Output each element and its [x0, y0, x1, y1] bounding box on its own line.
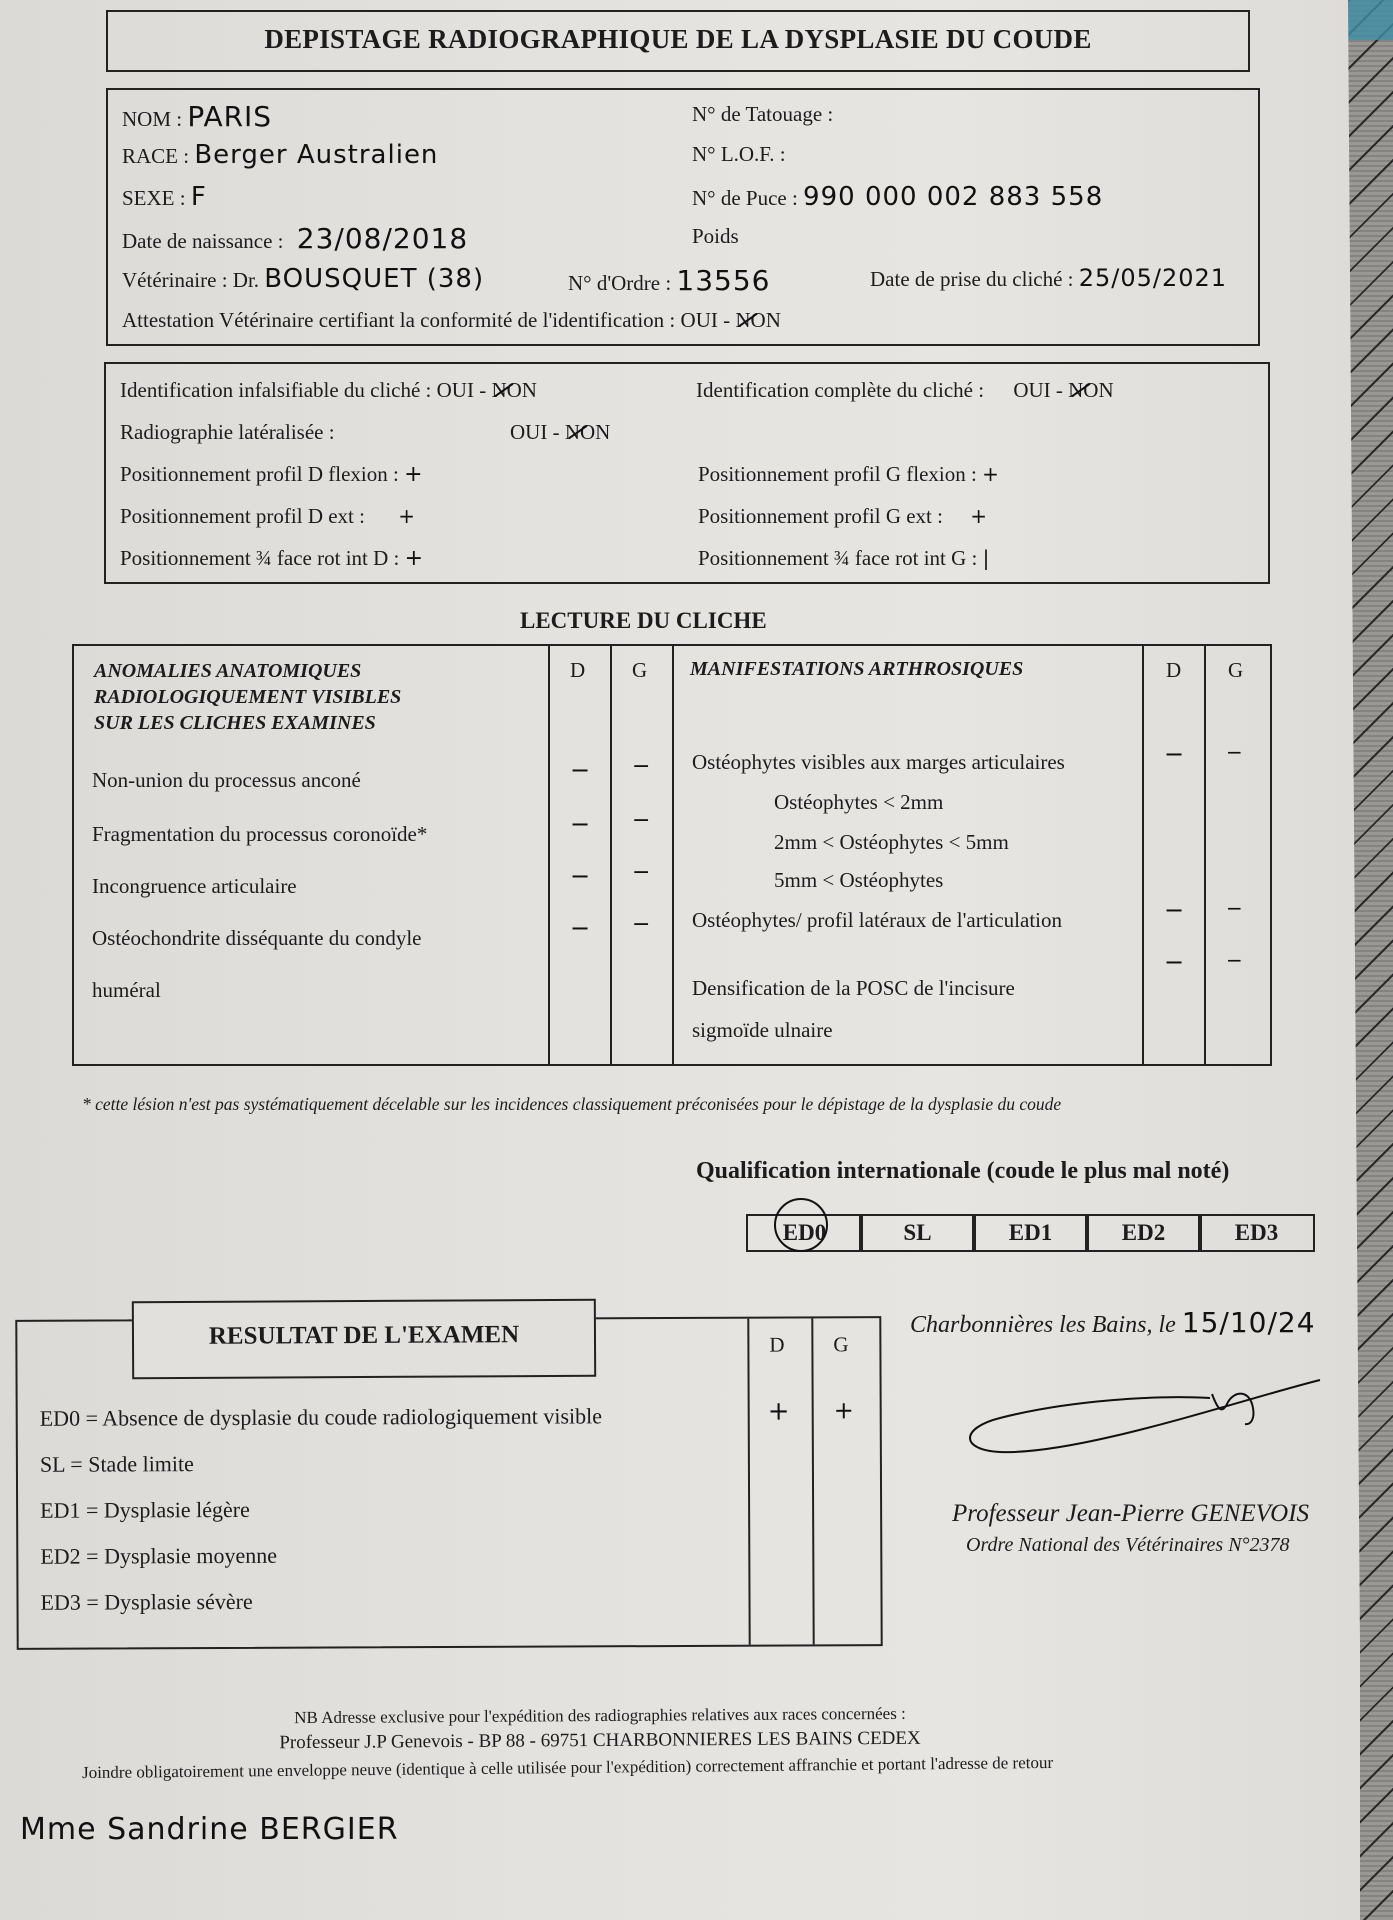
arthrose-label: Ostéophytes/ profil latéraux de l'articu… [692, 908, 1062, 933]
identification-section: Identification infalsifiable du cliché :… [104, 362, 1270, 584]
page-title: DEPISTAGE RADIOGRAPHIQUE DE LA DYSPLASIE… [108, 24, 1248, 55]
sexe-value: F [191, 182, 207, 212]
nom-value: PARIS [187, 100, 272, 133]
attestation-field: Attestation Vétérinaire certifiant la co… [122, 308, 781, 333]
form-sheet: DEPISTAGE RADIOGRAPHIQUE DE LA DYSPLASIE… [0, 0, 1360, 1920]
complete-field: Identification complète du cliché : OUI … [696, 378, 1114, 403]
selected-grade-circle [774, 1198, 828, 1252]
anomaly-d-mark: − [570, 914, 591, 942]
puce-value: 990 000 002 883 558 [803, 182, 1103, 212]
signature-scribble [960, 1360, 1330, 1470]
race-field: RACE : Berger Australien [122, 140, 438, 170]
qualification-grades: ED0SLED1ED2ED3 [746, 1214, 1312, 1250]
complete-non: NON [1068, 378, 1114, 403]
anomaly-g-mark: − [632, 754, 651, 779]
anomaly-d-mark: − [570, 810, 591, 838]
resultat-label: ED1 = Dysplasie légère [40, 1497, 250, 1524]
footer-line-2: Professeur J.P Genevois - BP 88 - 69751 … [0, 1726, 1200, 1756]
arthrose-label: Ostéophytes visibles aux marges articula… [692, 750, 1065, 775]
veterinaire-value: BOUSQUET (38) [264, 264, 484, 294]
resultat-title: RESULTAT DE L'EXAMEN [134, 1321, 594, 1351]
anomalies-header: ANOMALIES ANATOMIQUES RADIOLOGIQUEMENT V… [94, 658, 401, 736]
resultat-label: SL = Stade limite [40, 1451, 194, 1478]
arthrose-header: MANIFESTATIONS ARTHROSIQUES [690, 658, 1023, 681]
cliche-date-value: 25/05/2021 [1079, 264, 1227, 292]
race-value: Berger Australien [194, 140, 438, 170]
lecture-title: LECTURE DU CLICHE [520, 608, 767, 634]
grade-ed2: ED2 [1085, 1214, 1202, 1252]
poids-field: Poids [692, 224, 739, 249]
anomaly-g-mark: − [632, 912, 651, 937]
owner-handwritten: Mme Sandrine BERGIER [20, 1812, 399, 1847]
resultat-col-g: G [833, 1332, 848, 1357]
lecture-table: D G D G ANOMALIES ANATOMIQUES RADIOLOGIQ… [72, 644, 1272, 1066]
infalsifiable-field: Identification infalsifiable du cliché :… [120, 378, 537, 403]
grade-ed3: ED3 [1198, 1214, 1315, 1252]
arthrose-d-mark: − [1164, 896, 1185, 924]
arthrose-d-mark: − [1164, 948, 1185, 976]
resultat-label: ED2 = Dysplasie moyenne [40, 1543, 277, 1570]
resultat-g-mark: + [834, 1396, 855, 1424]
anomaly-g-mark: − [632, 860, 651, 885]
lateralisee-field: Radiographie latéralisée : OUI - NON [120, 420, 335, 445]
anomaly-label: Fragmentation du processus coronoïde* [92, 822, 427, 847]
nom-field: NOM : PARIS [122, 100, 272, 133]
signature-date: 15/10/24 [1182, 1306, 1316, 1339]
anomaly-label: Incongruence articulaire [92, 874, 297, 899]
resultat-label: ED3 = Dysplasie sévère [40, 1589, 252, 1616]
arthrose-col-g: G [1228, 658, 1243, 683]
grade-ed1: ED1 [972, 1214, 1089, 1252]
attestation-non: NON [735, 308, 781, 333]
anomaly-g-mark: − [632, 808, 651, 833]
naissance-field: Date de naissance : 23/08/2018 [122, 222, 468, 255]
lof-field: N° L.O.F. : [692, 142, 786, 167]
tatouage-field: N° de Tatouage : [692, 102, 833, 127]
anomaly-label: Non-union du processus anconé [92, 768, 361, 793]
veterinaire-field: Vétérinaire : Dr. BOUSQUET (38) [122, 264, 484, 294]
arthrose-g-mark: − [1226, 740, 1244, 764]
puce-field: N° de Puce : 990 000 002 883 558 [692, 182, 1103, 212]
signature-order: Ordre National des Vétérinaires N°2378 [966, 1534, 1290, 1557]
anomaly-label: Ostéochondrite disséquante du condyle [92, 926, 422, 951]
arthrose-col-d: D [1166, 658, 1181, 683]
cliche-date-field: Date de prise du cliché : 25/05/2021 [870, 264, 1227, 292]
sexe-field: SEXE : F [122, 182, 207, 212]
identity-section: NOM : PARIS RACE : Berger Australien SEX… [106, 88, 1260, 346]
signature-name: Professeur Jean-Pierre GENEVOIS [952, 1500, 1309, 1528]
arthrose-label: sigmoïde ulnaire [692, 1018, 833, 1043]
ordre-field: N° d'Ordre : 13556 [568, 264, 770, 297]
footer-line-1: NB Adresse exclusive pour l'expédition d… [0, 1702, 1200, 1730]
anomalies-col-d: D [570, 658, 585, 683]
arthrose-label: Ostéophytes < 2mm [774, 790, 943, 815]
resultat-d-mark: + [768, 1397, 791, 1427]
position-g-flexion: Positionnement profil G flexion : + [698, 462, 1000, 487]
position-d-ext: Positionnement profil D ext : + [120, 504, 416, 529]
footnote: * cette lésion n'est pas systématiquemen… [82, 1094, 1061, 1115]
infalsifiable-non: NON [491, 378, 537, 403]
anomaly-label: huméral [92, 978, 161, 1003]
footer-line-3: Joindre obligatoirement une enveloppe ne… [82, 1753, 1053, 1783]
qualification-title: Qualification internationale (coude le p… [696, 1158, 1229, 1185]
anomaly-d-mark: − [570, 862, 591, 890]
anomaly-d-mark: − [570, 756, 591, 784]
attestation-oui: OUI [681, 308, 718, 332]
position-g-ext: Positionnement profil G ext : + [698, 504, 988, 529]
anomalies-col-g: G [632, 658, 647, 683]
position-g-rot: Positionnement ¾ face rot int G : | [698, 546, 990, 571]
resultat-title-box: RESULTAT DE L'EXAMEN [132, 1299, 596, 1379]
title-box: DEPISTAGE RADIOGRAPHIQUE DE LA DYSPLASIE… [106, 10, 1250, 72]
naissance-value: 23/08/2018 [297, 222, 468, 255]
resultat-label: ED0 = Absence de dysplasie du coude radi… [40, 1403, 602, 1431]
resultat-col-d: D [769, 1333, 784, 1358]
arthrose-label: 2mm < Ostéophytes < 5mm [774, 830, 1009, 855]
arthrose-g-mark: − [1226, 896, 1244, 920]
arthrose-label: Densification de la POSC de l'incisure [692, 976, 1015, 1001]
signature-place: Charbonnières les Bains, le 15/10/24 [910, 1306, 1316, 1339]
arthrose-label: 5mm < Ostéophytes [774, 868, 943, 893]
arthrose-d-mark: − [1164, 740, 1185, 768]
ordre-value: 13556 [676, 264, 770, 297]
position-d-flexion: Positionnement profil D flexion : + [120, 462, 424, 487]
lateralisee-non: NON [565, 420, 611, 445]
position-d-rot: Positionnement ¾ face rot int D : + [120, 546, 424, 571]
arthrose-g-mark: − [1226, 948, 1244, 972]
grade-sl: SL [859, 1214, 976, 1252]
